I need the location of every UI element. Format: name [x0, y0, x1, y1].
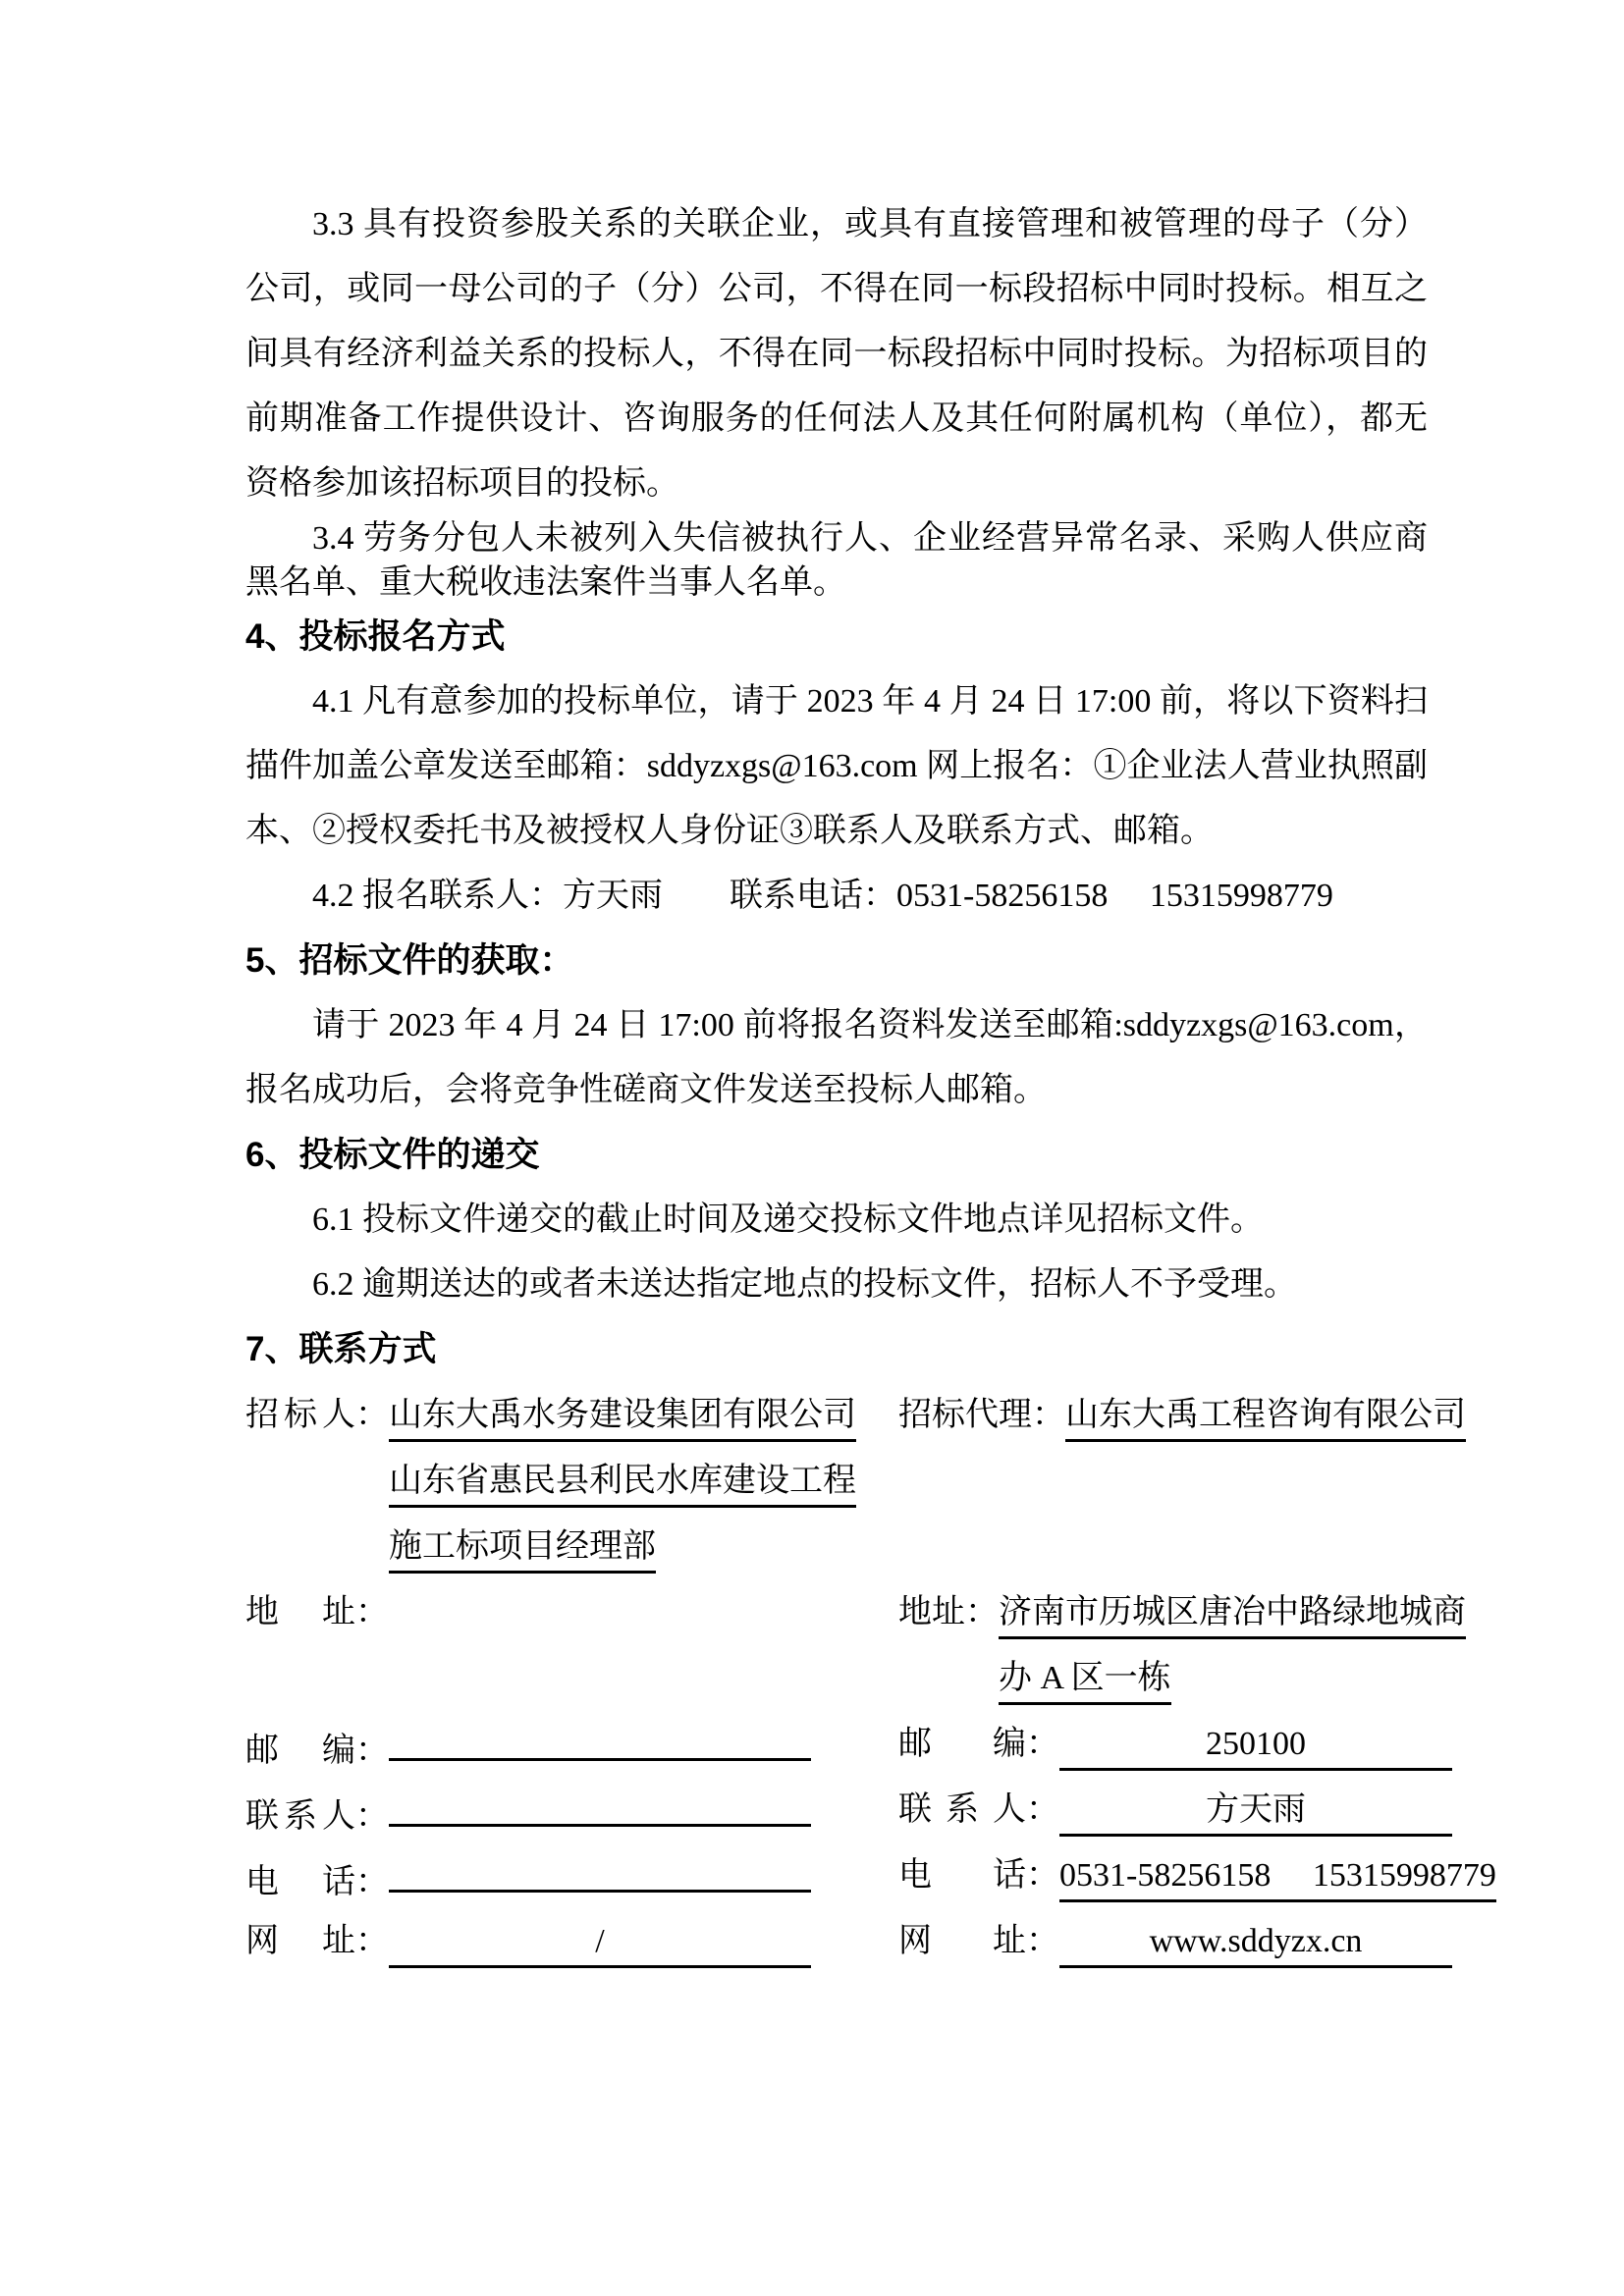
right-phone-colon: ： — [1026, 1857, 1059, 1894]
right-phone-cell: 电话：0531-58256158 15315998779 — [898, 1842, 1496, 1908]
left-phone-colon: ： — [355, 1864, 389, 1900]
left-person-value — [389, 1777, 811, 1827]
tenderer-name-line3: 施工标项目经理部 — [389, 1523, 656, 1574]
right-phone-value: 0531-58256158 15315998779 — [1059, 1852, 1496, 1902]
tenderer-label: 招标人 — [245, 1382, 355, 1448]
left-website-colon: ： — [355, 1923, 389, 1959]
section-6-heading: 6、投标文件的递交 — [245, 1123, 1428, 1188]
clause-3-3: 3.3 具有投资参股关系的关联企业，或具有直接管理和被管理的母子（分）公司，或同… — [245, 192, 1428, 516]
clause-6-2: 6.2 逾期送达的或者未送达指定地点的投标文件，招标人不予受理。 — [245, 1253, 1428, 1317]
contact-row-zip: 邮编： 邮编：250100 — [245, 1711, 1428, 1777]
right-person-cell: 联系人：方天雨 — [898, 1777, 1452, 1842]
right-address-line2: 办 A 区一栋 — [999, 1655, 1171, 1705]
right-website-cell: 网址：www.sddyzx.cn — [898, 1908, 1452, 1974]
tenderer-name-line2: 山东省惠民县利民水库建设工程 — [389, 1458, 856, 1508]
tenderer-label-colon: ： — [355, 1397, 389, 1433]
contact-row-phone: 电话： 电话：0531-58256158 15315998779 — [245, 1842, 1428, 1908]
contact-row-person: 联系人： 联系人：方天雨 — [245, 1777, 1428, 1842]
left-zip-label: 邮编 — [245, 1718, 355, 1784]
right-address-label: 地址 — [898, 1594, 965, 1630]
left-website-cell: 网址：/ — [245, 1908, 898, 1974]
section-5-heading: 5、招标文件的获取： — [245, 929, 1428, 993]
empty-cell — [245, 1645, 898, 1711]
left-address-cell: 地址： — [245, 1579, 898, 1645]
left-zip-value — [389, 1711, 811, 1761]
left-phone-value — [389, 1842, 811, 1893]
right-person-colon: ： — [1026, 1791, 1059, 1828]
contact-row-website: 网址：/ 网址：www.sddyzx.cn — [245, 1908, 1428, 1974]
tenderer-line2-cell: 山东省惠民县利民水库建设工程 — [245, 1448, 898, 1514]
right-zip-value: 250100 — [1059, 1721, 1452, 1771]
contact-row-tenderer-line2: 山东省惠民县利民水库建设工程 — [245, 1448, 1428, 1514]
right-zip-cell: 邮编：250100 — [898, 1711, 1452, 1777]
contact-row-address-line2: 办 A 区一栋 — [245, 1645, 1428, 1711]
left-person-colon: ： — [355, 1798, 389, 1835]
contact-section: 招标人：山东大禹水务建设集团有限公司 招标代理：山东大禹工程咨询有限公司 山东省… — [245, 1382, 1428, 1974]
right-website-colon: ： — [1026, 1923, 1059, 1959]
section-7-heading: 7、联系方式 — [245, 1317, 1428, 1382]
right-website-value: www.sddyzx.cn — [1059, 1918, 1452, 1968]
right-phone-label: 电话 — [898, 1842, 1026, 1908]
left-phone-cell: 电话： — [245, 1842, 898, 1908]
left-phone-label: 电话 — [245, 1849, 355, 1915]
document-page: 3.3 具有投资参股关系的关联企业，或具有直接管理和被管理的母子（分）公司，或同… — [0, 0, 1624, 2296]
agency-name: 山东大禹工程咨询有限公司 — [1065, 1392, 1466, 1442]
right-person-label: 联系人 — [898, 1777, 1026, 1842]
right-zip-label: 邮编 — [898, 1711, 1026, 1777]
right-address-cell: 地址：济南市历城区唐冶中路绿地城商 — [898, 1579, 1466, 1645]
right-person-value: 方天雨 — [1059, 1787, 1452, 1837]
left-address-colon: ： — [355, 1594, 389, 1630]
clause-6-1: 6.1 投标文件递交的截止时间及递交投标文件地点详见招标文件。 — [245, 1188, 1428, 1253]
contact-row-tenderer: 招标人：山东大禹水务建设集团有限公司 招标代理：山东大禹工程咨询有限公司 — [245, 1382, 1428, 1448]
left-person-label: 联系人 — [245, 1784, 355, 1849]
tenderer-cell: 招标人：山东大禹水务建设集团有限公司 — [245, 1382, 898, 1448]
tenderer-line3-cell: 施工标项目经理部 — [245, 1514, 898, 1579]
right-address-colon: ： — [965, 1594, 999, 1630]
left-address-label: 地址 — [245, 1579, 355, 1645]
right-address-line1: 济南市历城区唐冶中路绿地城商 — [999, 1589, 1466, 1639]
contact-row-tenderer-line3: 施工标项目经理部 — [245, 1514, 1428, 1579]
clause-4-2: 4.2 报名联系人：方天雨 联系电话：0531-58256158 1531599… — [245, 864, 1428, 929]
section-4-heading: 4、投标报名方式 — [245, 605, 1428, 669]
empty-cell — [898, 1448, 1428, 1514]
clause-4-1: 4.1 凡有意参加的投标单位，请于 2023 年 4 月 24 日 17:00 … — [245, 669, 1428, 864]
left-website-label: 网址 — [245, 1908, 355, 1974]
agency-cell: 招标代理：山东大禹工程咨询有限公司 — [898, 1382, 1466, 1448]
tenderer-name-line1: 山东大禹水务建设集团有限公司 — [389, 1392, 856, 1442]
left-person-cell: 联系人： — [245, 1777, 898, 1842]
clause-3-4: 3.4 劳务分包人未被列入失信被执行人、企业经营异常名录、采购人供应商黑名单、重… — [245, 516, 1428, 605]
empty-cell — [898, 1514, 1428, 1579]
left-website-value: / — [389, 1918, 811, 1968]
left-zip-cell: 邮编： — [245, 1711, 898, 1777]
agency-label: 招标代理 — [898, 1397, 1032, 1433]
right-zip-colon: ： — [1026, 1726, 1059, 1762]
contact-row-address: 地址： 地址：济南市历城区唐冶中路绿地城商 — [245, 1579, 1428, 1645]
agency-label-colon: ： — [1032, 1397, 1065, 1433]
right-website-label: 网址 — [898, 1908, 1026, 1974]
right-address-line2-cell: 办 A 区一栋 — [898, 1645, 1428, 1711]
clause-5-body: 请于 2023 年 4 月 24 日 17:00 前将报名资料发送至邮箱:sdd… — [245, 993, 1428, 1123]
left-zip-colon: ： — [355, 1733, 389, 1769]
